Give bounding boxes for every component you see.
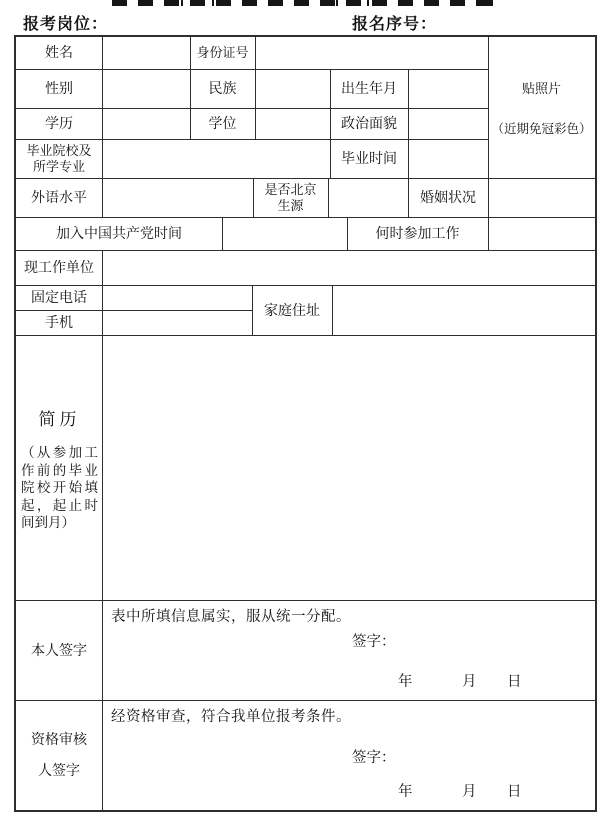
- work-start-time-label: 何时参加工作: [347, 217, 488, 250]
- photo-box-title: 贴照片: [522, 78, 561, 97]
- home-address-label: 家庭住址: [252, 285, 332, 335]
- applicant-signature-label: 本人签字: [16, 600, 102, 700]
- degree-label: 学位: [190, 108, 255, 139]
- name-input-cell[interactable]: [102, 36, 190, 69]
- degree-input-cell[interactable]: [255, 108, 330, 139]
- reviewer-sign-label: 签字：: [352, 746, 396, 767]
- application-form-page: 报考岗位： 报名序号： 姓名 身份证号 贴照片 （近期免冠彩色） 性别 民族 出…: [0, 0, 610, 831]
- gender-label: 性别: [16, 69, 102, 108]
- school-major-input-cell[interactable]: [102, 139, 330, 178]
- beijing-origin-input-cell[interactable]: [328, 178, 408, 217]
- applicant-statement: 表中所填信息属实，服从统一分配。: [111, 605, 351, 626]
- position-label: 报考岗位：: [23, 11, 108, 34]
- id-number-input-cell[interactable]: [255, 36, 488, 69]
- party-join-time-label: 加入中国共产党时间: [16, 217, 222, 250]
- serial-number-label: 报名序号：: [352, 11, 437, 34]
- reviewer-year-label: 年: [398, 780, 413, 801]
- birth-date-label: 出生年月: [330, 69, 408, 108]
- applicant-day-label: 日: [507, 670, 522, 691]
- applicant-month-label: 月: [462, 670, 477, 691]
- ethnicity-label: 民族: [190, 69, 255, 108]
- foreign-language-label: 外语水平: [16, 178, 102, 217]
- reviewer-signature-label: 资格审核 人签字: [16, 700, 102, 810]
- id-number-label: 身份证号: [190, 36, 255, 69]
- mobile-input-cell[interactable]: [102, 310, 252, 335]
- education-label: 学历: [16, 108, 102, 139]
- graduation-time-input-cell[interactable]: [408, 139, 488, 178]
- resume-input-cell[interactable]: [102, 335, 595, 600]
- education-input-cell[interactable]: [102, 108, 190, 139]
- resume-label-cell: 简历 （从参加工作前的毕业院校开始填起，起止时间到月）: [16, 335, 102, 600]
- birth-date-input-cell[interactable]: [408, 69, 488, 108]
- photo-box[interactable]: 贴照片 （近期免冠彩色）: [488, 36, 595, 178]
- reviewer-day-label: 日: [507, 780, 522, 801]
- marital-status-input-cell[interactable]: [488, 178, 595, 217]
- school-major-label: 毕业院校及 所学专业: [16, 139, 102, 178]
- gender-input-cell[interactable]: [102, 69, 190, 108]
- reviewer-signature-cell[interactable]: 经资格审查，符合我单位报考条件。 签字： 年 月 日: [102, 700, 595, 810]
- home-address-input-cell[interactable]: [332, 285, 595, 335]
- current-employer-input-cell[interactable]: [102, 250, 595, 285]
- marital-status-label: 婚姻状况: [408, 178, 488, 217]
- applicant-signature-cell[interactable]: 表中所填信息属实，服从统一分配。 签字： 年 月 日: [102, 600, 595, 700]
- beijing-origin-label: 是否北京 生源: [253, 178, 328, 217]
- foreign-language-input-cell[interactable]: [102, 178, 253, 217]
- reviewer-month-label: 月: [462, 780, 477, 801]
- reviewer-statement: 经资格审查，符合我单位报考条件。: [111, 705, 351, 726]
- work-start-time-input-cell[interactable]: [488, 217, 595, 250]
- graduation-time-label: 毕业时间: [330, 139, 408, 178]
- page-title-clipped: [112, 0, 498, 6]
- resume-note: （从参加工作前的毕业院校开始填起，起止时间到月）: [21, 444, 98, 532]
- landline-input-cell[interactable]: [102, 285, 252, 310]
- political-status-label: 政治面貌: [330, 108, 408, 139]
- resume-title: 简历: [21, 405, 98, 430]
- applicant-year-label: 年: [398, 670, 413, 691]
- party-join-time-input-cell[interactable]: [222, 217, 347, 250]
- current-employer-label: 现工作单位: [16, 250, 102, 285]
- ethnicity-input-cell[interactable]: [255, 69, 330, 108]
- photo-box-note: （近期免冠彩色）: [491, 119, 591, 137]
- political-status-input-cell[interactable]: [408, 108, 488, 139]
- applicant-sign-label: 签字：: [352, 630, 396, 651]
- landline-label: 固定电话: [16, 285, 102, 310]
- mobile-label: 手机: [16, 310, 102, 335]
- name-label: 姓名: [16, 36, 102, 69]
